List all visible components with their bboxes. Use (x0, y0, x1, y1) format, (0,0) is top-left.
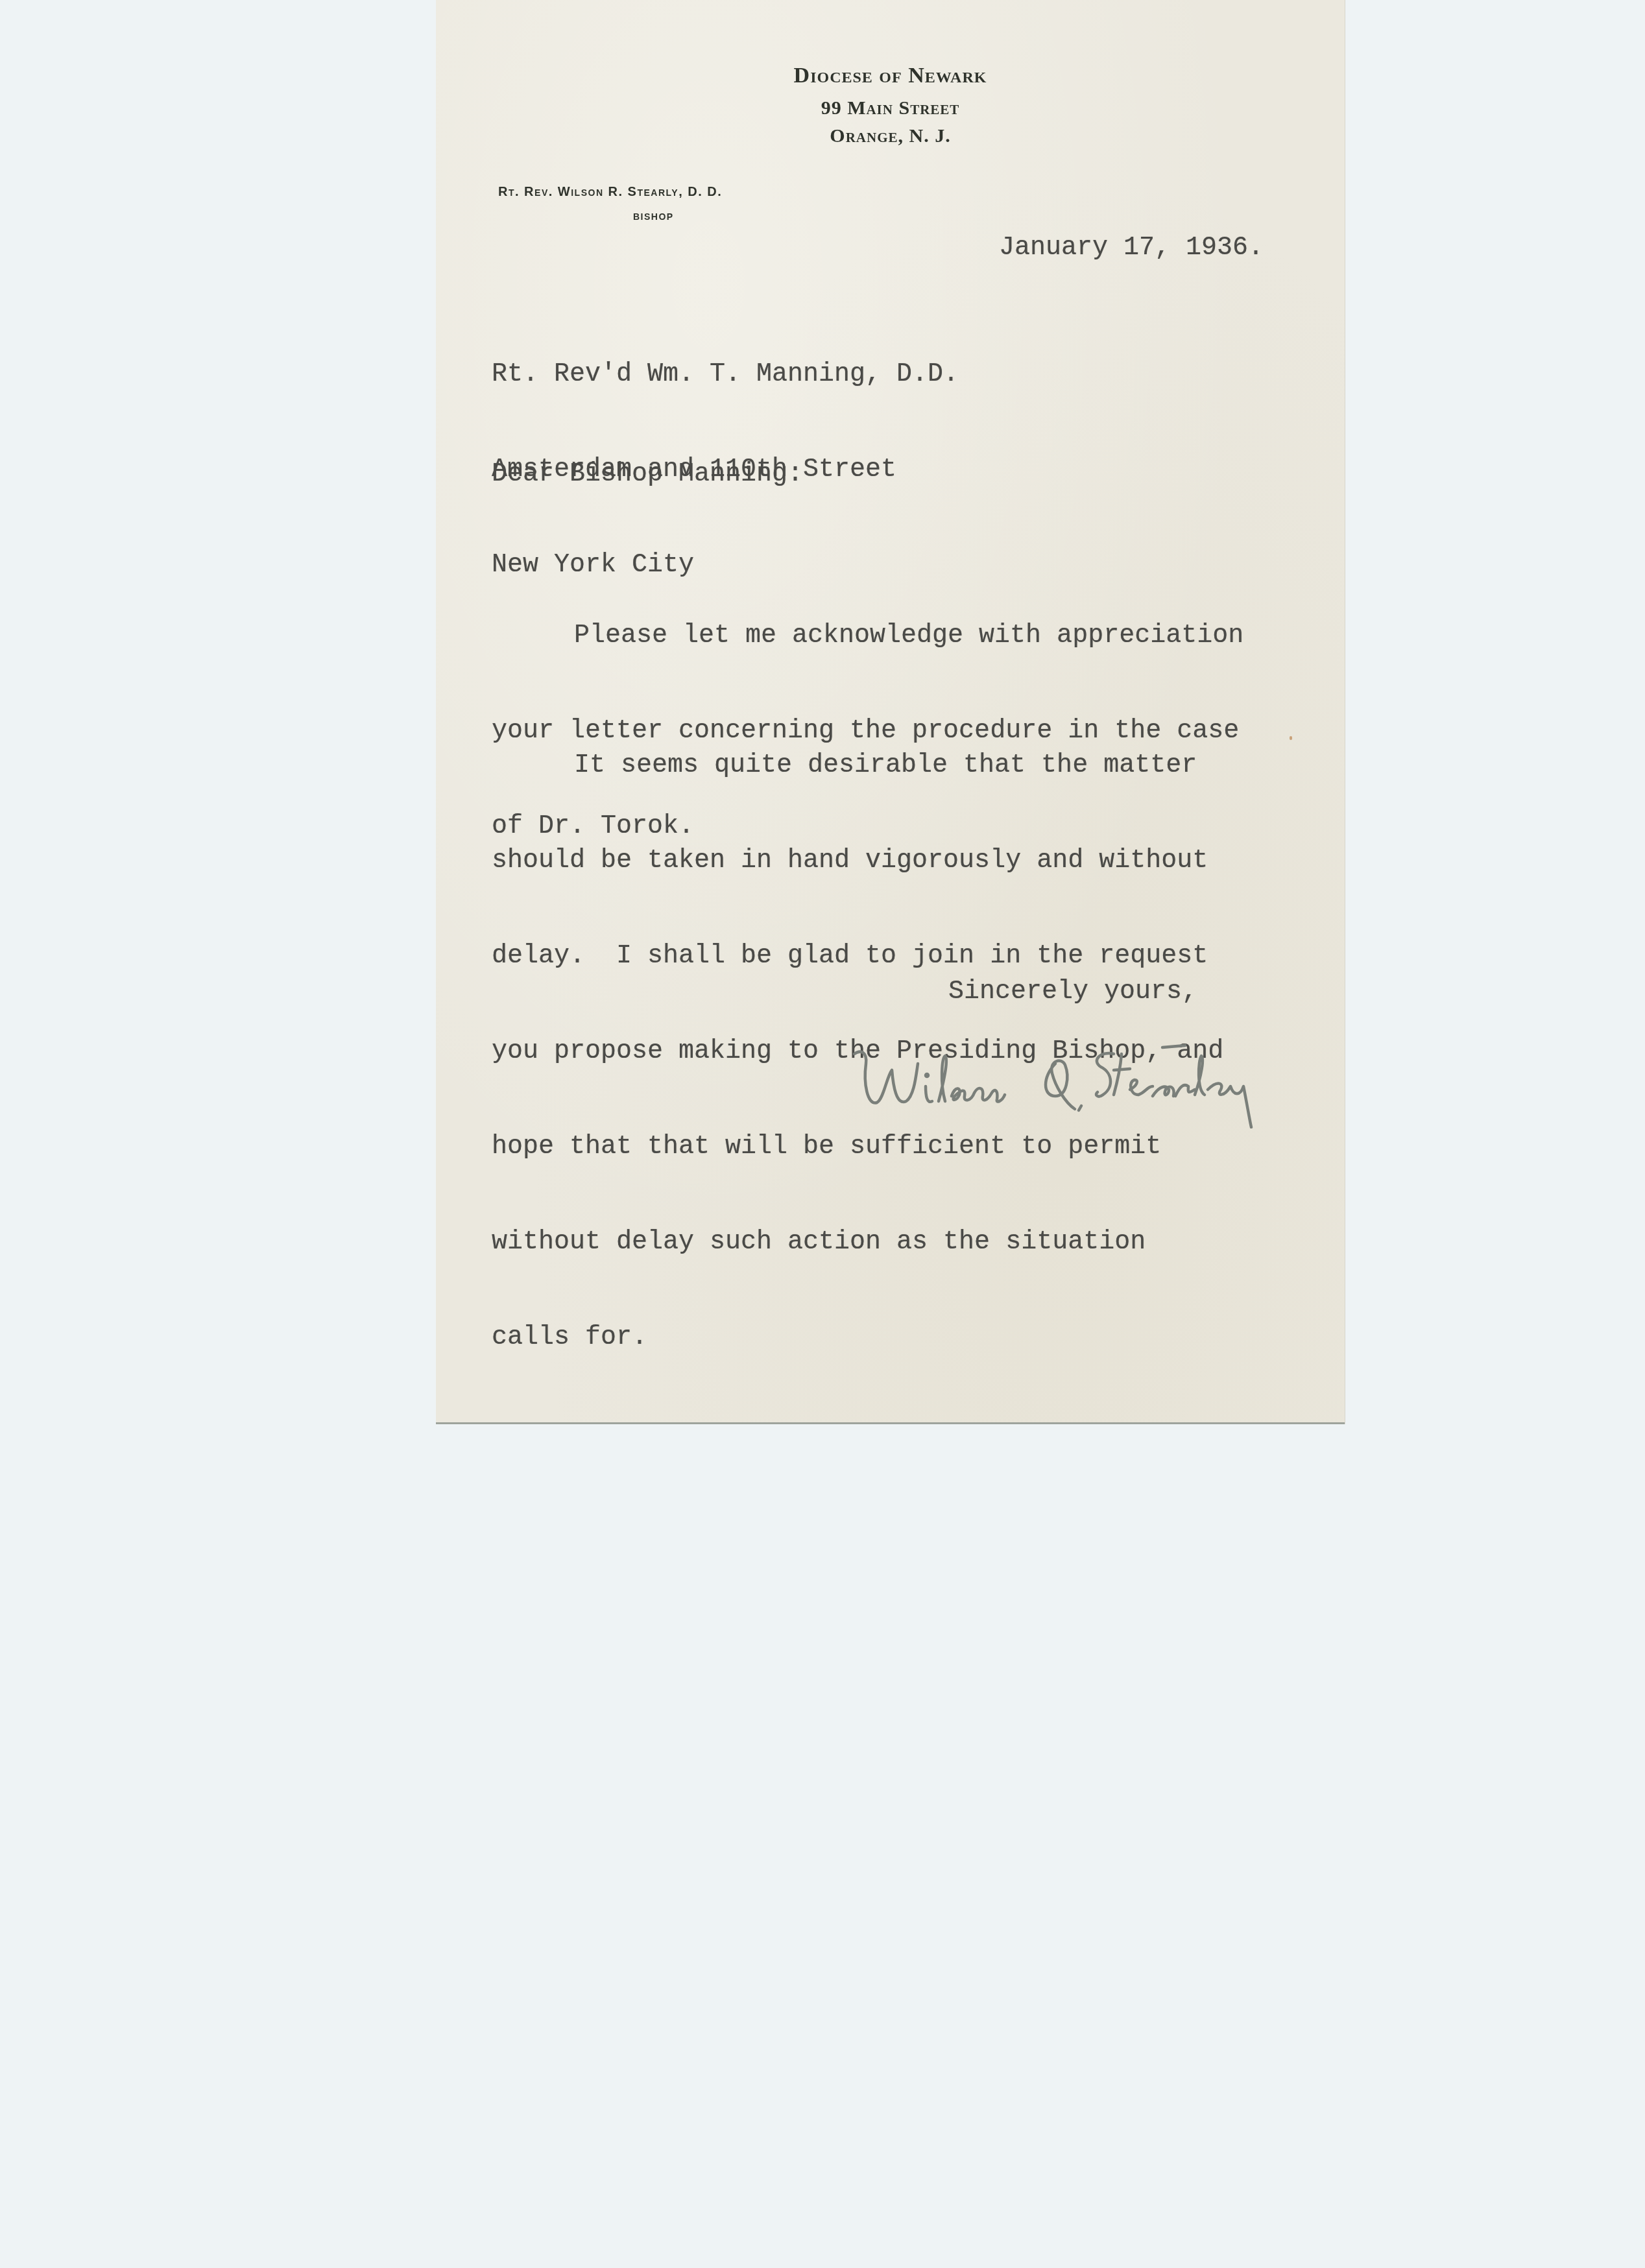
signature-icon (841, 1025, 1308, 1128)
paragraph-line: delay. I shall be glad to join in the re… (492, 940, 1223, 972)
letterhead-street: 99 Main Street (436, 97, 1345, 119)
letterhead-city: Orange, N. J. (436, 125, 1345, 147)
paragraph-line: Please let me acknowledge with appreciat… (492, 620, 1243, 652)
letterhead-bishop-name: Rt. Rev. Wilson R. Stearly, D. D. (498, 185, 722, 200)
letter-paper: Diocese of Newark 99 Main Street Orange,… (436, 0, 1345, 1424)
paper-blemish (1290, 736, 1292, 740)
salutation: Dear Bishop Manning: (492, 459, 803, 490)
handwritten-signature (841, 1025, 1308, 1128)
paragraph-line: It seems quite desirable that the matter (492, 750, 1223, 782)
letter-date: January 17, 1936. (999, 232, 1264, 264)
letterhead-organization: Diocese of Newark (436, 64, 1345, 88)
paragraph-line: without delay such action as the situati… (492, 1226, 1223, 1258)
paragraph-line: calls for. (492, 1322, 1223, 1354)
paragraph-line: should be taken in hand vigorously and w… (492, 845, 1223, 877)
paragraph-line: hope that that will be sufficient to per… (492, 1131, 1223, 1163)
letterhead-bishop-title: BISHOP (633, 211, 674, 222)
recipient-name: Rt. Rev'd Wm. T. Manning, D.D. (492, 359, 959, 390)
closing: Sincerely yours, (948, 976, 1197, 1008)
